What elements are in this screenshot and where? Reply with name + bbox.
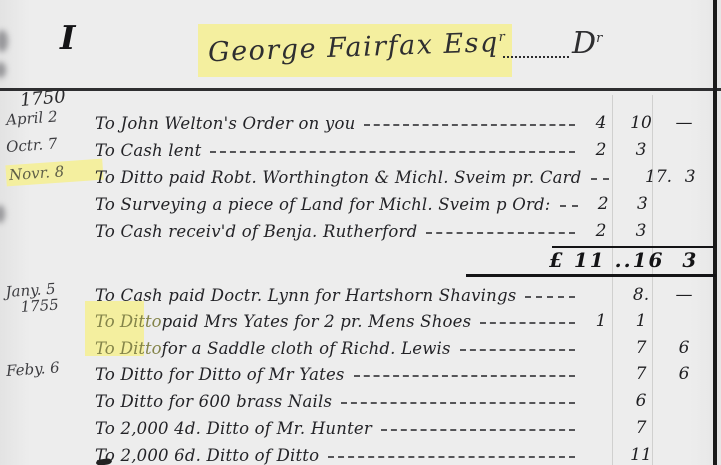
entry-description: To John Welton's Order on you — [95, 114, 355, 133]
leader-dots — [560, 205, 578, 207]
leader-dots — [341, 402, 575, 404]
entry-date — [6, 330, 94, 336]
leader-dots — [381, 429, 575, 431]
entry-line: To Ditto paid Mrs Yates for 2 pr. Mens S… — [95, 304, 707, 331]
ledger-entry-row: To Surveying a piece of Land for Michl. … — [0, 187, 707, 214]
amount-pounds: 2 — [584, 194, 623, 214]
entry-date: April 2 — [5, 105, 94, 129]
entry-line: To Surveying a piece of Land for Michl. … — [95, 187, 707, 214]
amount-pounds: 4 — [581, 113, 621, 133]
amount-pence: — — [661, 285, 707, 305]
ledger-entry-row: To Cash receiv'd of Benja. Rutherford 2 … — [0, 214, 707, 241]
amount-shillings: 1 — [621, 311, 661, 331]
entry-date — [6, 213, 94, 219]
ledger-entry-row: Feby. 6 To Ditto for Ditto of Mr Yates 7… — [0, 357, 707, 384]
amount-shillings: 7 — [621, 338, 661, 358]
entry-description: To Cash receiv'd of Benja. Rutherford — [95, 222, 417, 241]
ledger-entry-row: To 2,000 4d. Ditto of Mr. Hunter 7 — [0, 411, 707, 438]
amount-shillings: 7 — [621, 418, 661, 438]
leader-dots — [210, 151, 575, 153]
entry-description-prefix: To Ditto — [95, 312, 162, 331]
amount-pence: 3 — [673, 167, 707, 187]
amount-pence: — — [661, 113, 707, 133]
entry-description: To Cash paid Doctr. Lynn for Hartshorn S… — [95, 286, 516, 305]
entry-line: To 2,000 6d. Ditto of Ditto 11 — [95, 438, 707, 465]
entry-description: To Ditto for 600 brass Nails — [95, 392, 332, 411]
entry-line: To Cash paid Doctr. Lynn for Hartshorn S… — [95, 278, 707, 305]
leader-dots — [354, 375, 575, 377]
subtotal-amount: £ 11 ..16 3 — [549, 248, 698, 272]
entry-description: To Surveying a piece of Land for Michl. … — [95, 195, 551, 214]
ledger-entry-row: To Ditto for a Saddle cloth of Richd. Le… — [0, 331, 707, 358]
entry-date — [6, 410, 94, 416]
leader-dots — [364, 124, 575, 126]
entry-date-text: April 2 — [5, 107, 58, 129]
ledger-entry-row: Jany. 5 1755 To Cash paid Doctr. Lynn fo… — [0, 278, 707, 305]
entry-line: To John Welton's Order on you 4 10 — — [95, 106, 707, 133]
entry-line: To Ditto paid Robt. Worthington & Michl.… — [95, 160, 707, 187]
entry-description: To 2,000 4d. Ditto of Mr. Hunter — [95, 419, 372, 438]
entry-date — [6, 437, 94, 443]
entry-description: To Ditto paid Robt. Worthington & Michl.… — [95, 168, 582, 187]
amount-shillings: 8. — [621, 285, 661, 305]
amount-pounds: 2 — [581, 140, 621, 160]
leader-dots — [525, 296, 575, 298]
entry-date: Octr. 7 — [5, 132, 94, 156]
amount-shillings: 3 — [621, 221, 661, 241]
entry-line: To Ditto for a Saddle cloth of Richd. Le… — [95, 331, 707, 358]
entry-description: paid Mrs Yates for 2 pr. Mens Shoes — [162, 312, 472, 331]
leader-dots — [591, 178, 609, 180]
entry-date-text: Octr. 7 — [5, 135, 57, 157]
leader-dots — [480, 322, 575, 324]
entry-date — [6, 303, 94, 309]
ledger-entry-row: Novr. 8 To Ditto paid Robt. Worthington … — [0, 160, 707, 187]
entry-line: To Cash receiv'd of Benja. Rutherford 2 … — [95, 214, 707, 241]
entry-date-text: Novr. 8 — [8, 162, 64, 184]
amount-shillings: 11 — [621, 445, 661, 465]
leader-dots — [328, 456, 575, 458]
entry-line: To Cash lent 2 3 — [95, 133, 707, 160]
entry-line: To Ditto for 600 brass Nails 6 — [95, 384, 707, 411]
ledger-page: I George Fairfax Esqr Dr 1750 April 2 To… — [0, 0, 721, 465]
ledger-entry-row: April 2 To John Welton's Order on you 4 … — [0, 106, 707, 133]
entry-description-prefix: To Ditto — [95, 339, 162, 358]
entry-date: Novr. 8 — [5, 159, 103, 187]
ledger-entry-row: To Ditto for 600 brass Nails 6 — [0, 384, 707, 411]
entry-line: To Ditto for Ditto of Mr Yates 7 6 — [95, 357, 707, 384]
amount-pounds: 1 — [581, 311, 621, 331]
entry-date — [6, 383, 94, 389]
amount-pounds: 2 — [581, 221, 621, 241]
ledger-entry-row: Octr. 7 To Cash lent 2 3 — [0, 133, 707, 160]
amount-shillings: 3 — [623, 194, 662, 214]
leader-dots — [460, 349, 575, 351]
entry-line: To 2,000 4d. Ditto of Mr. Hunter 7 — [95, 411, 707, 438]
amount-shillings: 10 — [621, 113, 661, 133]
entry-date: Feby. 6 — [5, 356, 94, 380]
entry-date-text: Feby. 6 — [5, 358, 60, 380]
amount-shillings: 3 — [621, 140, 661, 160]
amount-shillings: 7 — [621, 364, 661, 384]
entry-description: To Cash lent — [95, 141, 201, 160]
leader-dots — [426, 232, 575, 234]
amount-pence: 6 — [661, 338, 707, 358]
ledger-entry-row: To Ditto paid Mrs Yates for 2 pr. Mens S… — [0, 304, 707, 331]
entry-description: To Ditto for Ditto of Mr Yates — [95, 365, 345, 384]
amount-shillings: 17. — [644, 167, 673, 187]
entry-date — [6, 186, 94, 192]
subtotal-rule-bottom — [466, 274, 716, 277]
entry-description: for a Saddle cloth of Richd. Lewis — [162, 339, 451, 358]
amount-pence: 6 — [661, 364, 707, 384]
ledger-rows: April 2 To John Welton's Order on you 4 … — [0, 0, 721, 465]
entry-description: To 2,000 6d. Ditto of Ditto — [95, 446, 319, 465]
amount-shillings: 6 — [621, 391, 661, 411]
